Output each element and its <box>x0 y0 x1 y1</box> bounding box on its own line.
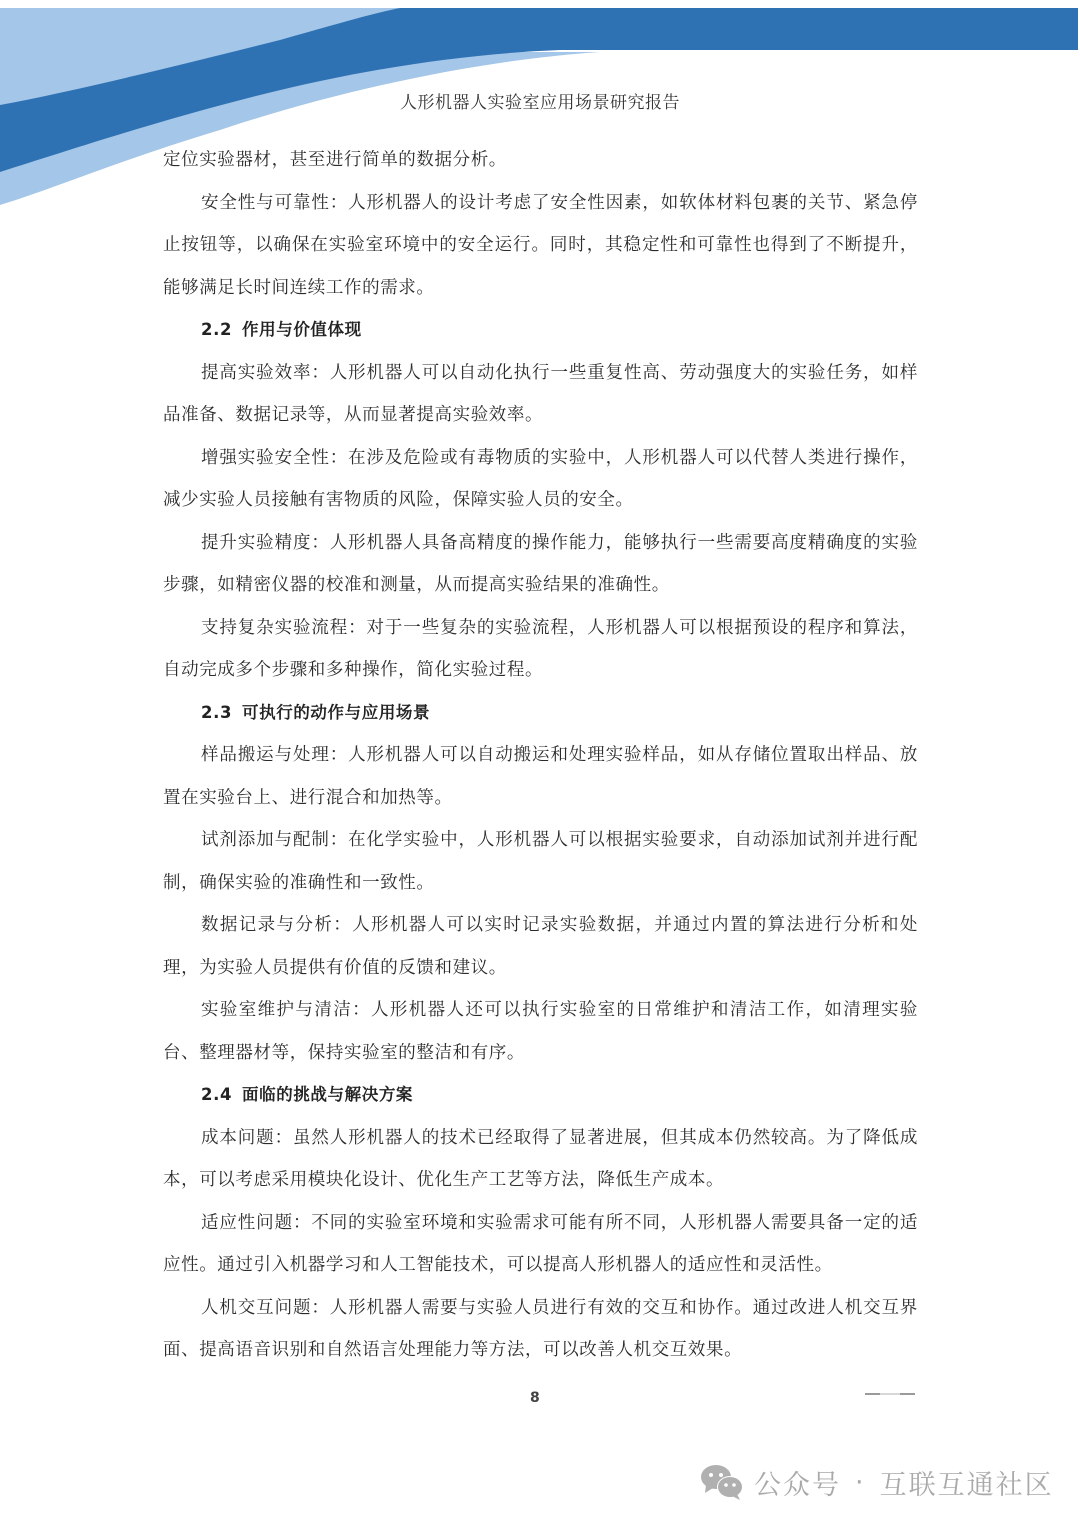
paragraph-safety-reliability: 安全性与可靠性：人形机器人的设计考虑了安全性因素，如软体材料包裹的关节、紧急停止… <box>163 182 918 310</box>
paragraph: 支持复杂实验流程：对于一些复杂的实验流程，人形机器人可以根据预设的程序和算法，自… <box>163 607 918 692</box>
section-number: 2.3 <box>201 703 232 722</box>
paragraph: 样品搬运与处理：人形机器人可以自动搬运和处理实验样品，如从存储位置取出样品、放置… <box>163 734 918 819</box>
section-heading-2-4: 2.4面临的挑战与解决方案 <box>163 1074 918 1117</box>
section-title: 作用与价值体现 <box>242 320 362 339</box>
section-number: 2.2 <box>201 320 232 339</box>
watermark-label: 公众号 <box>754 1463 841 1502</box>
document-body: 定位实验器材，甚至进行简单的数据分析。 安全性与可靠性：人形机器人的设计考虑了安… <box>163 139 918 1372</box>
continuation-paragraph: 定位实验器材，甚至进行简单的数据分析。 <box>163 139 918 182</box>
paragraph: 适应性问题：不同的实验室环境和实验需求可能有所不同，人形机器人需要具备一定的适应… <box>163 1202 918 1287</box>
section-number: 2.4 <box>201 1085 232 1104</box>
paragraph: 成本问题：虽然人形机器人的技术已经取得了显著进展，但其成本仍然较高。为了降低成本… <box>163 1117 918 1202</box>
running-header-title: 人形机器人实验室应用场景研究报告 <box>0 88 1080 113</box>
section-heading-2-2: 2.2作用与价值体现 <box>163 309 918 352</box>
wechat-watermark: 公众号 · 互联互通社区 <box>700 1462 1054 1502</box>
paragraph: 数据记录与分析：人形机器人可以实时记录实验数据，并通过内置的算法进行分析和处理，… <box>163 904 918 989</box>
paragraph: 人机交互问题：人形机器人需要与实验人员进行有效的交互和协作。通过改进人机交互界面… <box>163 1287 918 1372</box>
wechat-icon <box>700 1463 744 1501</box>
page-number: 8 <box>530 1390 540 1406</box>
paragraph: 提升实验精度：人形机器人具备高精度的操作能力，能够执行一些需要高度精确度的实验步… <box>163 522 918 607</box>
paragraph: 增强实验安全性：在涉及危险或有毒物质的实验中，人形机器人可以代替人类进行操作，减… <box>163 437 918 522</box>
paragraph: 实验室维护与清洁：人形机器人还可以执行实验室的日常维护和清洁工作，如清理实验台、… <box>163 989 918 1074</box>
watermark-account-name: 互联互通社区 <box>880 1463 1054 1502</box>
paragraph: 提高实验效率：人形机器人可以自动化执行一些重复性高、劳动强度大的实验任务，如样品… <box>163 352 918 437</box>
watermark-separator: · <box>855 1467 866 1498</box>
section-title: 面临的挑战与解决方案 <box>242 1085 413 1104</box>
paragraph: 试剂添加与配制：在化学实验中，人形机器人可以根据实验要求，自动添加试剂并进行配制… <box>163 819 918 904</box>
section-title: 可执行的动作与应用场景 <box>242 703 430 722</box>
section-heading-2-3: 2.3可执行的动作与应用场景 <box>163 692 918 735</box>
footer-decorative-mark <box>865 1393 915 1395</box>
